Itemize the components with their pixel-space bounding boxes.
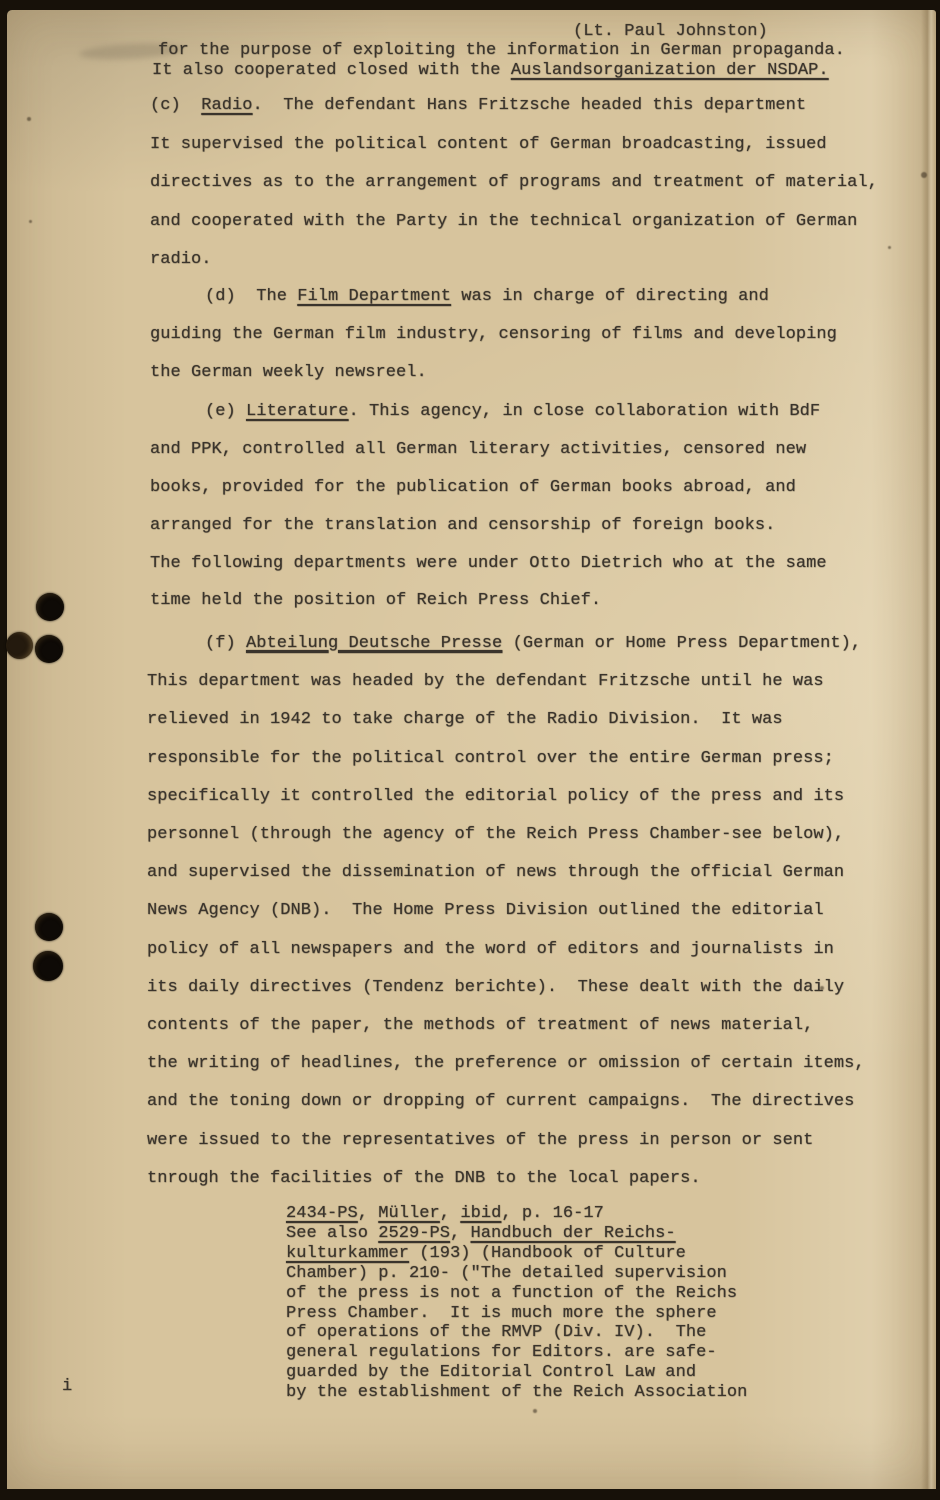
- footnote-line: of the press is not a function of the Re…: [286, 1284, 737, 1304]
- footnote-line: Chamber) p. 210- ("The detailed supervis…: [286, 1264, 727, 1284]
- para-f-line: personnel (through the agency of the Rei…: [147, 825, 844, 845]
- para-c-line: (c) Radio. The defendant Hans Fritzsche …: [150, 96, 806, 116]
- para-c-line: and cooperated with the Party in the tec…: [150, 212, 857, 232]
- para-f-line: contents of the paper, the methods of tr…: [147, 1016, 813, 1036]
- footnote-line: 2434-PS, Müller, ibid, p. 16-17: [286, 1204, 604, 1224]
- para-e-line: arranged for the translation and censors…: [150, 516, 775, 536]
- para-transition-line: time held the position of Reich Press Ch…: [150, 591, 601, 611]
- footnote-line: guarded by the Editorial Control Law and: [286, 1363, 696, 1383]
- para-f-line: and the toning down or dropping of curre…: [147, 1092, 854, 1112]
- para-f-line: (f) Abteilung Deutsche Presse (German or…: [205, 634, 861, 654]
- intro-line: for the purpose of exploiting the inform…: [158, 41, 845, 61]
- annotation-line: (Lt. Paul Johnston): [573, 22, 768, 42]
- intro-line: It also cooperated closed with the Ausla…: [152, 61, 829, 81]
- para-f-line: This department was headed by the defend…: [147, 672, 824, 692]
- para-f-line: the writing of headlines, the preference…: [147, 1054, 865, 1074]
- para-f-line: specifically it controlled the editorial…: [147, 787, 844, 807]
- footnote-line: general regulations for Editors. are saf…: [286, 1343, 717, 1363]
- para-c-line: radio.: [150, 250, 212, 270]
- para-f-line: were issued to the representatives of th…: [147, 1131, 813, 1151]
- para-d-line: (d) The Film Department was in charge of…: [205, 287, 769, 307]
- para-e-line: (e) Literature. This agency, in close co…: [205, 402, 820, 422]
- para-e-line: books, provided for the publication of G…: [150, 478, 796, 498]
- text-layer: i (Lt. Paul Johnston)for the purpose of …: [0, 0, 940, 1500]
- footnote-line: of operations of the RMVP (Div. IV). The: [286, 1323, 706, 1343]
- para-f-line: relieved in 1942 to take charge of the R…: [147, 710, 783, 730]
- para-transition-line: The following departments were under Ott…: [150, 554, 827, 574]
- footnote-line: See also 2529-PS, Handbuch der Reichs-: [286, 1224, 676, 1244]
- para-c-line: It supervised the political content of G…: [150, 135, 827, 155]
- para-d-line: the German weekly newsreel.: [150, 363, 427, 383]
- footnote-line: by the establishment of the Reich Associ…: [286, 1383, 747, 1403]
- para-f-line: tnrough the facilities of the DNB to the…: [147, 1169, 701, 1189]
- footnote-line: kulturkammer (193) (Handbook of Culture: [286, 1244, 686, 1264]
- scanned-document: i (Lt. Paul Johnston)for the purpose of …: [0, 0, 940, 1500]
- para-f-line: its daily directives (Tendenz berichte).…: [147, 978, 844, 998]
- para-d-line: guiding the German film industry, censor…: [150, 325, 837, 345]
- para-f-line: responsible for the political control ov…: [147, 749, 834, 769]
- para-f-line: and supervised the dissemination of news…: [147, 863, 844, 883]
- para-e-line: and PPK, controlled all German literary …: [150, 440, 806, 460]
- para-f-line: policy of all newspapers and the word of…: [147, 940, 834, 960]
- footnote-line: Press Chamber. It is much more the spher…: [286, 1304, 717, 1324]
- page-number: i: [62, 1377, 72, 1397]
- para-c-line: directives as to the arrangement of prog…: [150, 173, 878, 193]
- para-f-line: News Agency (DNB). The Home Press Divisi…: [147, 901, 824, 921]
